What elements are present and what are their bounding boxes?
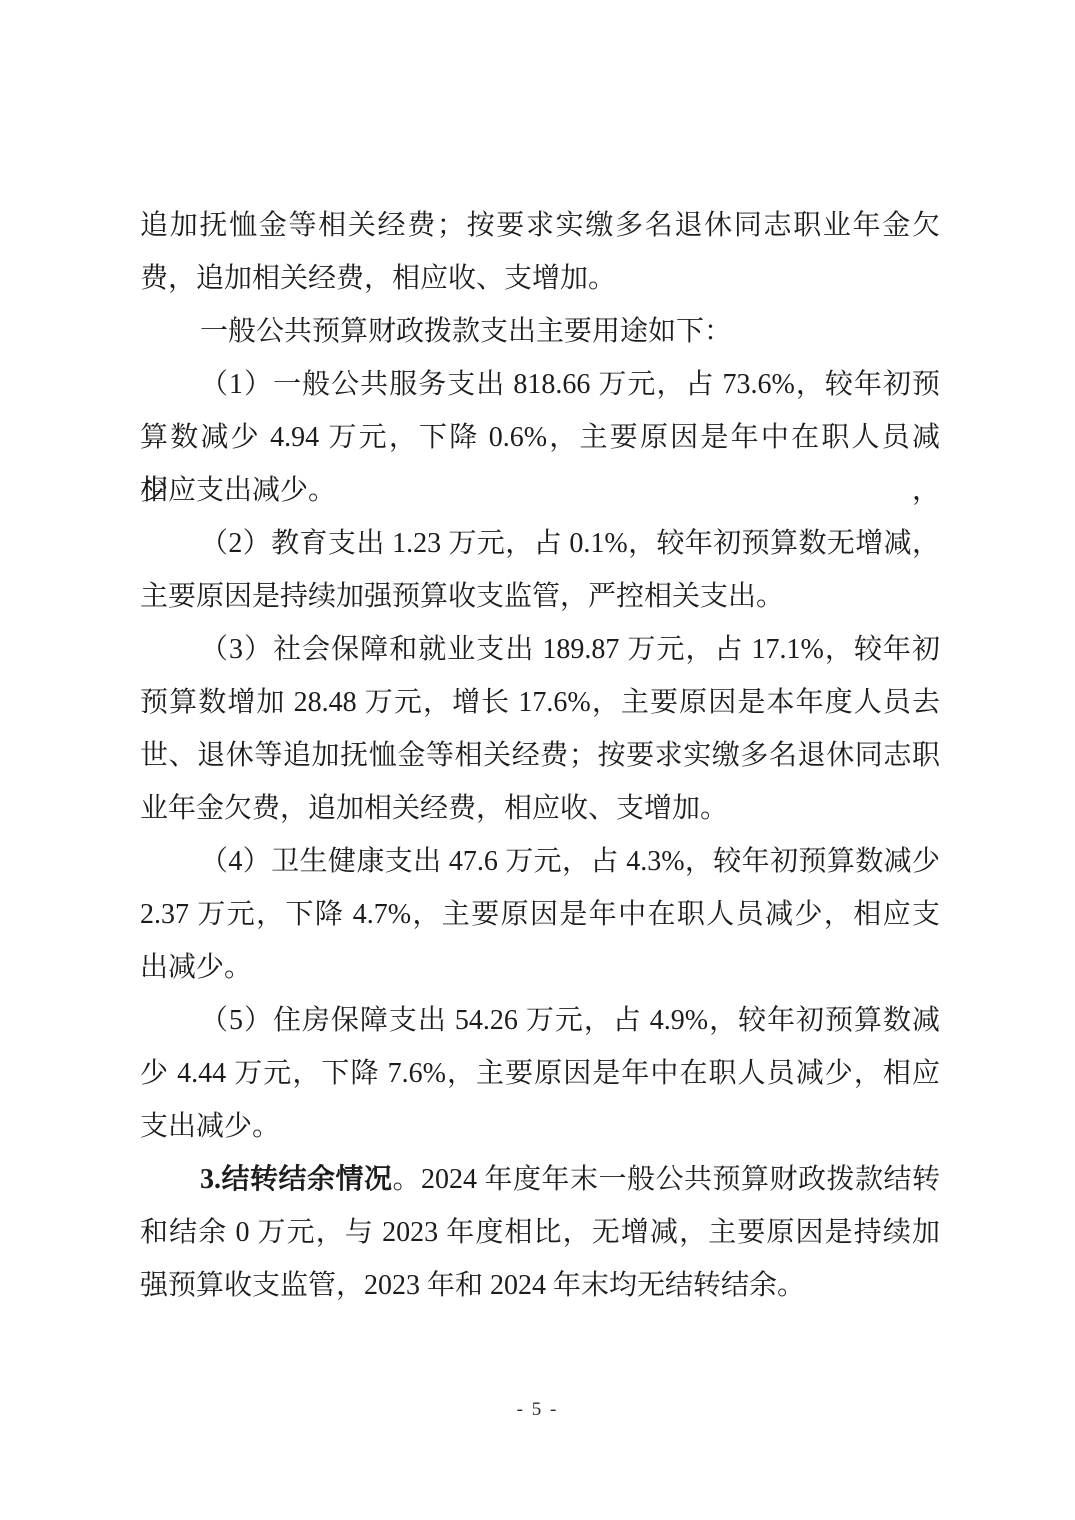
- paragraph-line: （5）住房保障支出 54.26 万元，占 4.9%，较年初预算数减: [140, 994, 940, 1047]
- paragraph-line: 主要原因是持续加强预算收支监管，严控相关支出。: [140, 570, 940, 623]
- paragraph-line: （3）社会保障和就业支出 189.87 万元，占 17.1%，较年初: [140, 623, 940, 676]
- paragraph-line: 算数减少 4.94 万元，下降 0.6%，主要原因是年中在职人员减少，: [140, 411, 940, 464]
- paragraph-line: 3.结转结余情况。2024 年度年末一般公共预算财政拨款结转: [140, 1153, 940, 1206]
- paragraph-line: 2.37 万元，下降 4.7%，主要原因是年中在职人员减少，相应支: [140, 888, 940, 941]
- paragraph-line: （4）卫生健康支出 47.6 万元，占 4.3%，较年初预算数减少: [140, 835, 940, 888]
- paragraph-line: 一般公共预算财政拨款支出主要用途如下：: [140, 305, 940, 358]
- section-heading-carryover: 3.结转结余情况: [200, 1164, 393, 1195]
- section-heading-rest: 。2024 年度年末一般公共预算财政拨款结转: [393, 1164, 940, 1195]
- paragraph-line: 出减少。: [140, 941, 940, 994]
- paragraph-line: （1）一般公共服务支出 818.66 万元，占 73.6%，较年初预: [140, 358, 940, 411]
- page-number: - 5 -: [0, 1396, 1075, 1424]
- paragraph-line: 费，追加相关经费，相应收、支增加。: [140, 252, 940, 305]
- paragraph-line: 支出减少。: [140, 1100, 940, 1153]
- document-page: 追加抚恤金等相关经费；按要求实缴多名退休同志职业年金欠 费，追加相关经费，相应收…: [0, 0, 1075, 1520]
- paragraph-line: 业年金欠费，追加相关经费，相应收、支增加。: [140, 782, 940, 835]
- paragraph-line: 和结余 0 万元，与 2023 年度相比，无增减，主要原因是持续加: [140, 1206, 940, 1259]
- paragraph-line: 少 4.44 万元，下降 7.6%，主要原因是年中在职人员减少，相应: [140, 1047, 940, 1100]
- paragraph-line: 预算数增加 28.48 万元，增长 17.6%，主要原因是本年度人员去: [140, 676, 940, 729]
- paragraph-line: 追加抚恤金等相关经费；按要求实缴多名退休同志职业年金欠: [140, 199, 940, 252]
- document-body: 追加抚恤金等相关经费；按要求实缴多名退休同志职业年金欠 费，追加相关经费，相应收…: [140, 199, 940, 1312]
- paragraph-line: 世、退休等追加抚恤金等相关经费；按要求实缴多名退休同志职: [140, 729, 940, 782]
- paragraph-line: （2）教育支出 1.23 万元，占 0.1%，较年初预算数无增减，: [140, 517, 940, 570]
- paragraph-line: 强预算收支监管，2023 年和 2024 年末均无结转结余。: [140, 1259, 940, 1312]
